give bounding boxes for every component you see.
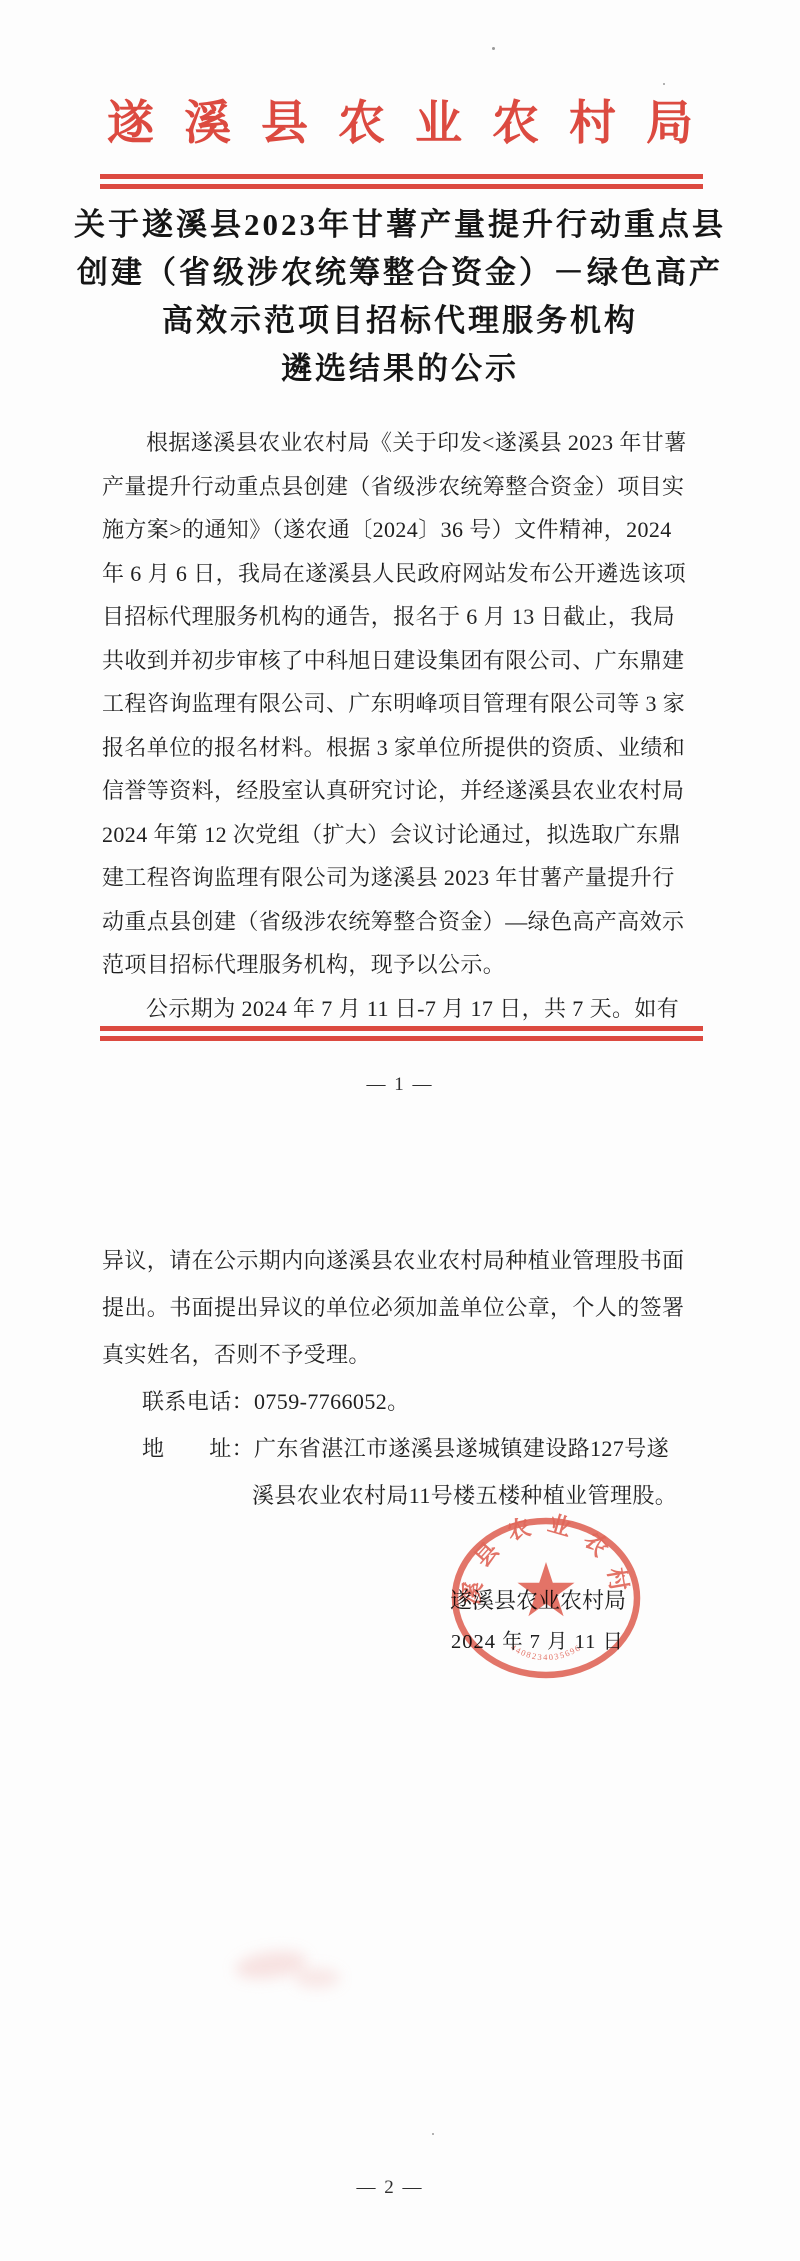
agency-header: 遂溪县农业农村局 [0, 86, 800, 153]
body-line: 年 6 月 6 日，我局在遂溪县人民政府网站发布公开遴选该项 [102, 552, 742, 596]
scan-speck [663, 83, 665, 85]
scanned-document: 遂溪县农业农村局 关于遂溪县2023年甘薯产量提升行动重点县 创建（省级涉农统筹… [0, 0, 800, 2261]
contact-phone-line: 联系电话：0759-7766052。 [102, 1378, 742, 1425]
ink-smudge [294, 1968, 340, 1988]
body-line: 范项目招标代理服务机构，现予以公示。 [102, 943, 742, 987]
body-line: 信誉等资料，经股室认真研究讨论，并经遂溪县农业农村局 [102, 769, 742, 813]
title-line-2: 创建（省级涉农统筹整合资金）－绿色高产 [0, 249, 800, 297]
body-line: 工程咨询监理有限公司、广东明峰项目管理有限公司等 3 家 [102, 682, 742, 726]
body-line: 真实姓名，否则不予受理。 [102, 1331, 742, 1378]
body-line: 异议，请在公示期内向遂溪县农业农村局种植业管理股书面 [102, 1237, 742, 1284]
document-title: 关于遂溪县2023年甘薯产量提升行动重点县 创建（省级涉农统筹整合资金）－绿色高… [0, 201, 800, 393]
page-number-1: — 1 — [0, 1074, 800, 1096]
body-line: 动重点县创建（省级涉农统筹整合资金）—绿色高产高效示 [102, 900, 742, 944]
body-line: 共收到并初步审核了中科旭日建设集团有限公司、广东鼎建 [102, 639, 742, 683]
title-line-4: 遴选结果的公示 [0, 345, 800, 393]
official-seal-stamp: 遂溪县农业农村局 4408234035696 [446, 1513, 646, 1683]
page-number-2: — 2 — [0, 2177, 790, 2199]
footer-red-rule [100, 1026, 703, 1041]
title-line-3: 高效示范项目招标代理服务机构 [0, 297, 800, 345]
body-line: 公示期为 2024 年 7 月 11 日-7 月 17 日，共 7 天。如有 [102, 987, 742, 1031]
body-line: 建工程咨询监理有限公司为遂溪县 2023 年甘薯产量提升行 [102, 856, 742, 900]
body-line: 2024 年第 12 次党组（扩大）会议讨论通过，拟选取广东鼎 [102, 813, 742, 857]
body-line: 报名单位的报名材料。根据 3 家单位所提供的资质、业绩和 [102, 726, 742, 770]
body-line: 目招标代理服务机构的通告，报名于 6 月 13 日截止，我局 [102, 595, 742, 639]
header-red-rule [100, 174, 703, 189]
page-1-body: 根据遂溪县农业农村局《关于印发<遂溪县 2023 年甘薯 产量提升行动重点县创建… [102, 421, 742, 1030]
scan-speck [432, 2133, 434, 2135]
scan-speck [492, 47, 495, 50]
title-line-1: 关于遂溪县2023年甘薯产量提升行动重点县 [0, 201, 800, 249]
address-line-2: 溪县农业农村局11号楼五楼种植业管理股。 [102, 1472, 742, 1519]
body-line: 根据遂溪县农业农村局《关于印发<遂溪县 2023 年甘薯 [102, 421, 742, 465]
page-2-body: 异议，请在公示期内向遂溪县农业农村局种植业管理股书面 提出。书面提出异议的单位必… [102, 1237, 742, 1519]
address-line-1: 地 址：广东省湛江市遂溪县遂城镇建设路127号遂 [102, 1425, 742, 1472]
body-line: 产量提升行动重点县创建（省级涉农统筹整合资金）项目实 [102, 465, 742, 509]
seal-code: 4408234035696 [509, 1642, 583, 1662]
body-line: 提出。书面提出异议的单位必须加盖单位公章，个人的签署 [102, 1284, 742, 1331]
seal-star [518, 1562, 575, 1616]
body-line: 施方案>的通知》（遂农通〔2024〕36 号）文件精神，2024 [102, 508, 742, 552]
svg-text:4408234035696: 4408234035696 [509, 1642, 583, 1662]
